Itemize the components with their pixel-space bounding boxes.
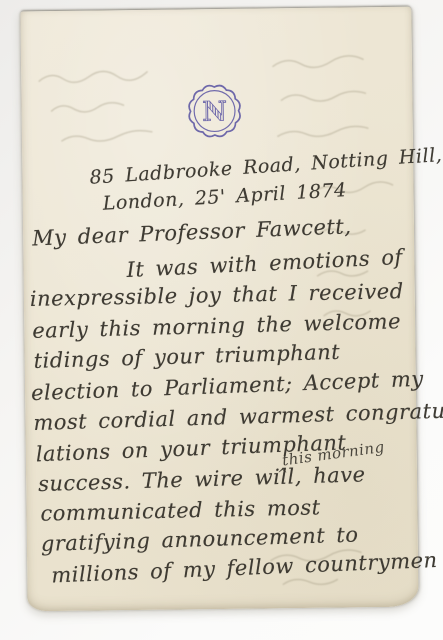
body-line: election to Parliament; Accept my <box>31 367 424 405</box>
monogram-seal-icon: N <box>182 79 247 144</box>
body-line: communicated this most <box>40 495 321 525</box>
ghost-writing <box>31 57 182 159</box>
body-line: success. The wire will, have <box>38 462 366 496</box>
letter-photo: { "colors": { "backdrop": "#f5f4f2", "pa… <box>0 0 443 640</box>
monogram-initial: N <box>202 96 227 127</box>
body-line: early this morning the welcome <box>32 309 401 343</box>
letter-paper: N 85 Ladbrooke Road, Notting Hill, Londo… <box>20 7 418 612</box>
insertion-caret: ^ <box>277 467 288 482</box>
body-line: tidings of your triumphant <box>33 340 340 373</box>
salutation: My dear Professor Fawcett, <box>32 214 352 250</box>
body-line: most cordial and warmest congratu- <box>33 398 443 434</box>
